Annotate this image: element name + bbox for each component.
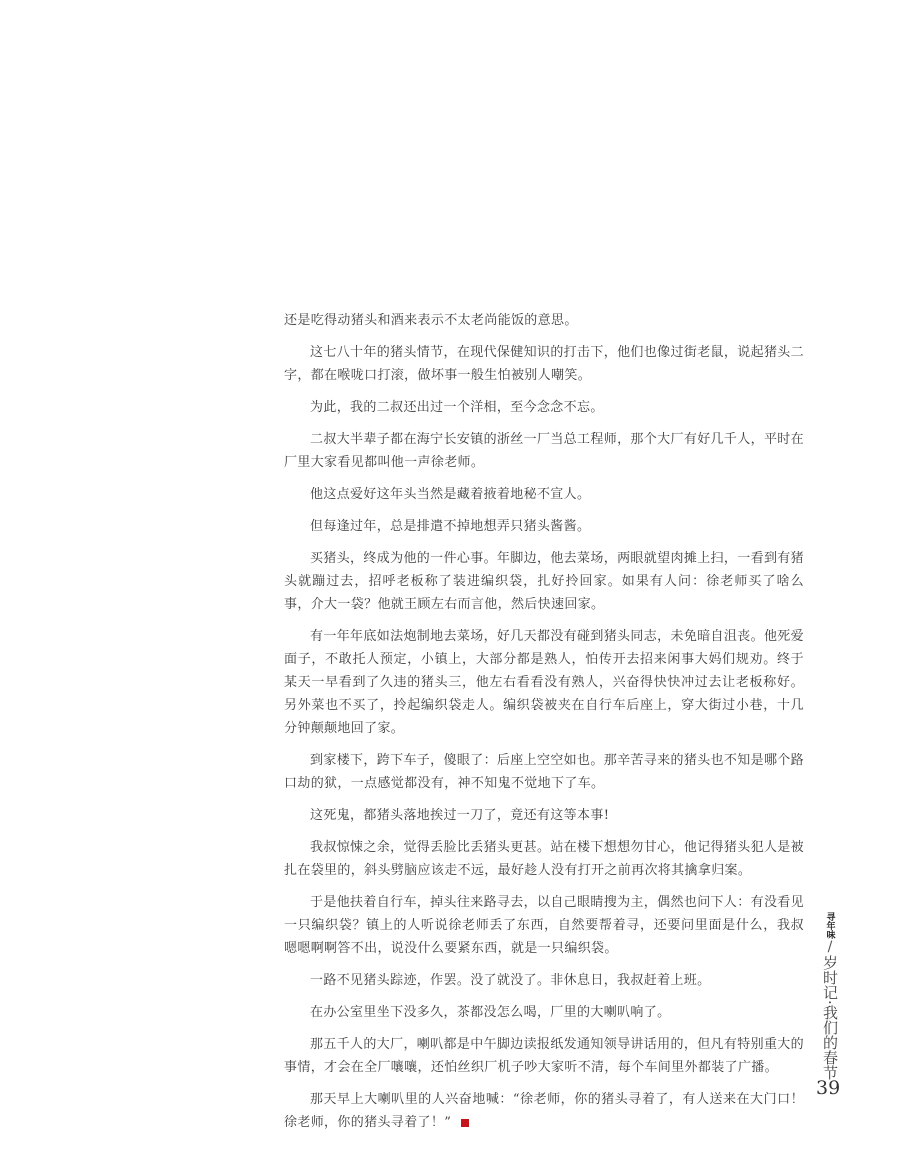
paragraph: 买猪头，终成为他的一件心事。年脚边，他去菜场，两眼就望肉摊上扫，一看到有猪头就蹦…	[284, 547, 804, 616]
magazine-page: 还是吃得动猪头和酒来表示不太老尚能饭的意思。 这七八十年的猪头情节，在现代保健知…	[0, 0, 899, 1150]
paragraph: 到家楼下，跨下车子，傻眼了：后座上空空如也。那辛苦寻来的猪头也不知是哪个路口劫的…	[284, 749, 804, 795]
end-of-article-mark-icon	[461, 1119, 469, 1127]
paragraph: 有一年年底如法炮制地去菜场，好几天都没有碰到猪头同志，未免暗自沮丧。他死爱面子，…	[284, 625, 804, 740]
running-head: 寻年味 / 岁时记·我们的春节	[818, 912, 842, 1080]
column-title: 岁时记·我们的春节	[821, 955, 839, 1080]
final-paragraph: 那天早上大喇叭里的人兴奋地喊：“徐老师，你的猪头寻着了，有人送来在大门口！徐老师…	[284, 1088, 804, 1134]
article-body: 还是吃得动猪头和酒来表示不太老尚能饭的意思。 这七八十年的猪头情节，在现代保健知…	[284, 309, 804, 1143]
paragraph: 二叔大半辈子都在海宁长安镇的浙丝一厂当总工程师，那个大厂有好几千人，平时在厂里大…	[284, 428, 804, 474]
paragraph: 一路不见猪头踪迹，作罢。没了就没了。非休息日，我叔赶着上班。	[284, 969, 804, 992]
paragraph: 这死鬼，都猪头落地挨过一刀了，竟还有这等本事!	[284, 804, 804, 827]
paragraph: 这七八十年的猪头情节，在现代保健知识的打击下，他们也像过街老鼠，说起猪头二字，都…	[284, 341, 804, 387]
paragraph: 他这点爱好这年头当然是藏着掖着地秘不宣人。	[284, 483, 804, 506]
paragraph: 为此，我的二叔还出过一个洋相，至今念念不忘。	[284, 396, 804, 419]
paragraph: 还是吃得动猪头和酒来表示不太老尚能饭的意思。	[284, 309, 804, 332]
section-label: 寻年味	[824, 912, 837, 939]
paragraph: 但每逢过年，总是排遣不掉地想弄只猪头酱酱。	[284, 515, 804, 538]
section-separator: /	[828, 940, 833, 954]
paragraph: 于是他扶着自行车，掉头往来路寻去，以自己眼睛搜为主，偶然也问下人：有没看见一只编…	[284, 891, 804, 960]
paragraph-text: 那天早上大喇叭里的人兴奋地喊：“徐老师，你的猪头寻着了，有人送来在大门口！徐老师…	[284, 1092, 804, 1130]
page-number: 39	[816, 1077, 840, 1099]
paragraph: 那五千人的大厂，喇叭都是中午脚边读报纸发通知领导讲话用的，但凡有特别重大的事情，…	[284, 1033, 804, 1079]
paragraph: 在办公室里坐下没多久，茶都没怎么喝，厂里的大喇叭响了。	[284, 1001, 804, 1024]
paragraph: 我叔惊悚之余，觉得丢脸比丢猪头更甚。站在楼下想想勿甘心，他记得猪头犯人是被扎在袋…	[284, 836, 804, 882]
